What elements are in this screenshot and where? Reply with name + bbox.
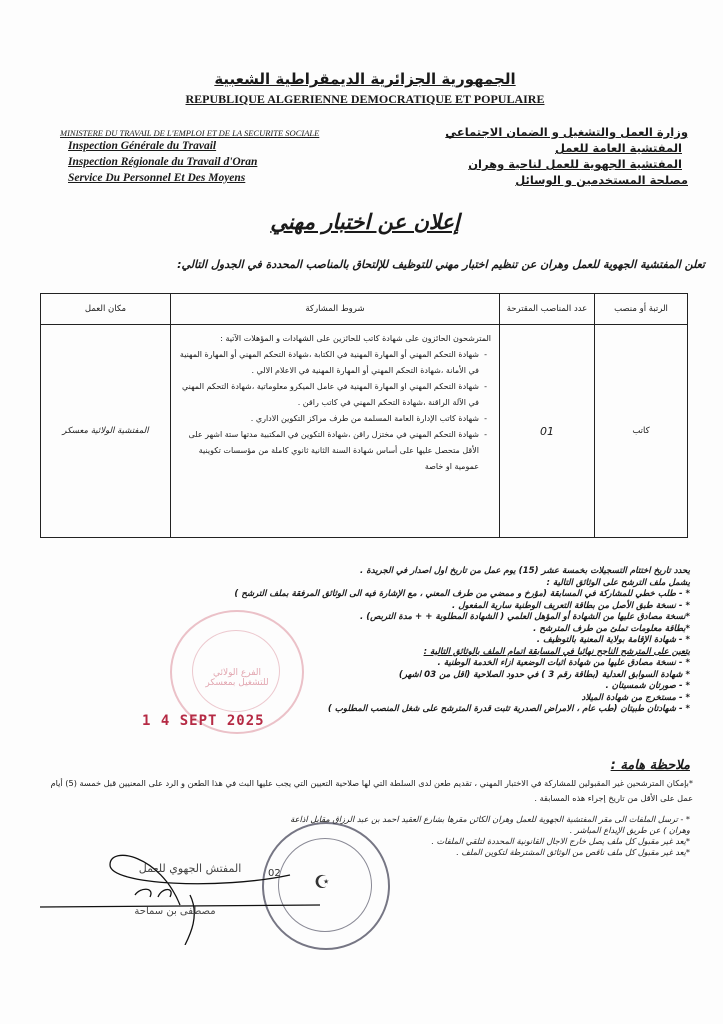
important-note-title: ملاحظة هامة :: [560, 758, 690, 773]
header-count: عدد المناصب المقترحة: [500, 294, 595, 325]
cell-count: 01: [500, 325, 595, 538]
announcement-intro: تعلن المفتشية الجهوية للعمل وهران عن تنظ…: [80, 258, 705, 271]
red-stamp-text: الفرع الولائي للتشغيل بمعسكر: [202, 668, 272, 688]
condition-item: شهادة التحكم المهني أو المهارة المهنية ف…: [179, 347, 479, 379]
table-row: كاتب 01 المترشحون الحائزون على شهادة كات…: [41, 325, 688, 538]
important-note-body: *بإمكان المترشحين غير المقبولين للمشاركة…: [38, 776, 693, 806]
deadline-text: يحدد تاريخ اختتام التسجيلات بخمسة عشر (1…: [150, 566, 690, 578]
condition-item: شهادة كاتب الإدارة العامة المسلمة من طرف…: [179, 411, 479, 427]
condition-item: شهادة التحكم المهني في مختزل راقن ،شهادة…: [179, 427, 479, 475]
table-header-row: الرتبة أو منصب عدد المناصب المقترحة شروط…: [41, 294, 688, 325]
announcement-title: إعلان عن اختبار مهني: [200, 210, 530, 234]
condition-item: شهادة التحكم المهني او المهارة المهنية ف…: [179, 379, 479, 411]
cell-conditions: المترشحون الحائزون على شهادة كاتب للحائز…: [171, 325, 500, 538]
institution-line-fr: Service Du Personnel Et Des Moyens: [68, 170, 378, 186]
handwritten-signature-icon: [40, 835, 370, 945]
institution-line-fr: Inspection Générale du Travail: [68, 138, 378, 154]
institution-line-ar: المفتشية العامة للعمل: [440, 140, 682, 156]
institution-line-fr: Inspection Régionale du Travail d'Oran: [68, 154, 378, 170]
date-stamp: 1 4 SEPT 2025: [142, 713, 265, 729]
header-workplace: مكان العمل: [41, 294, 171, 325]
positions-table: الرتبة أو منصب عدد المناصب المقترحة شروط…: [40, 293, 688, 538]
institution-line-ar: مصلحة المستخدمين و الوسائل: [440, 172, 688, 188]
conditions-intro: المترشحون الحائزون على شهادة كاتب للحائز…: [179, 331, 491, 347]
document-page: الجمهورية الجزائرية الديمقراطية الشعبية …: [0, 0, 723, 1024]
header-conditions: شروط المشاركة: [171, 294, 500, 325]
header-rank: الرتبة أو منصب: [595, 294, 688, 325]
arabic-institution-block: وزارة العمل والتشغيل و الضمان الاجتماعي …: [440, 124, 688, 188]
french-institution-block: MINISTERE DU TRAVAIL DE L'EMPLOI ET DE L…: [58, 128, 378, 186]
republic-arabic-heading: الجمهورية الجزائرية الديمقراطية الشعبية: [150, 70, 580, 88]
file-item: * - طلب خطي للمشاركة في المسابقة (مؤرخ و…: [150, 589, 690, 601]
cell-workplace: المفتشية الولائية معسكر: [41, 325, 171, 538]
ministry-name-fr: MINISTERE DU TRAVAIL DE L'EMPLOI ET DE L…: [60, 128, 378, 138]
republic-french-heading: REPUBLIQUE ALGERIENNE DEMOCRATIQUE ET PO…: [150, 92, 580, 107]
file-title: يشمل ملف الترشح على الوثائق التالية :: [150, 578, 690, 590]
cell-rank: كاتب: [595, 325, 688, 538]
institution-line-ar: وزارة العمل والتشغيل و الضمان الاجتماعي: [440, 124, 688, 140]
conditions-list: شهادة التحكم المهني أو المهارة المهنية ف…: [179, 347, 491, 475]
institution-line-ar: المفتشية الجهوية للعمل لناحية وهران: [440, 156, 682, 172]
signatory-name: مصطفى بن سماحة: [90, 906, 260, 917]
